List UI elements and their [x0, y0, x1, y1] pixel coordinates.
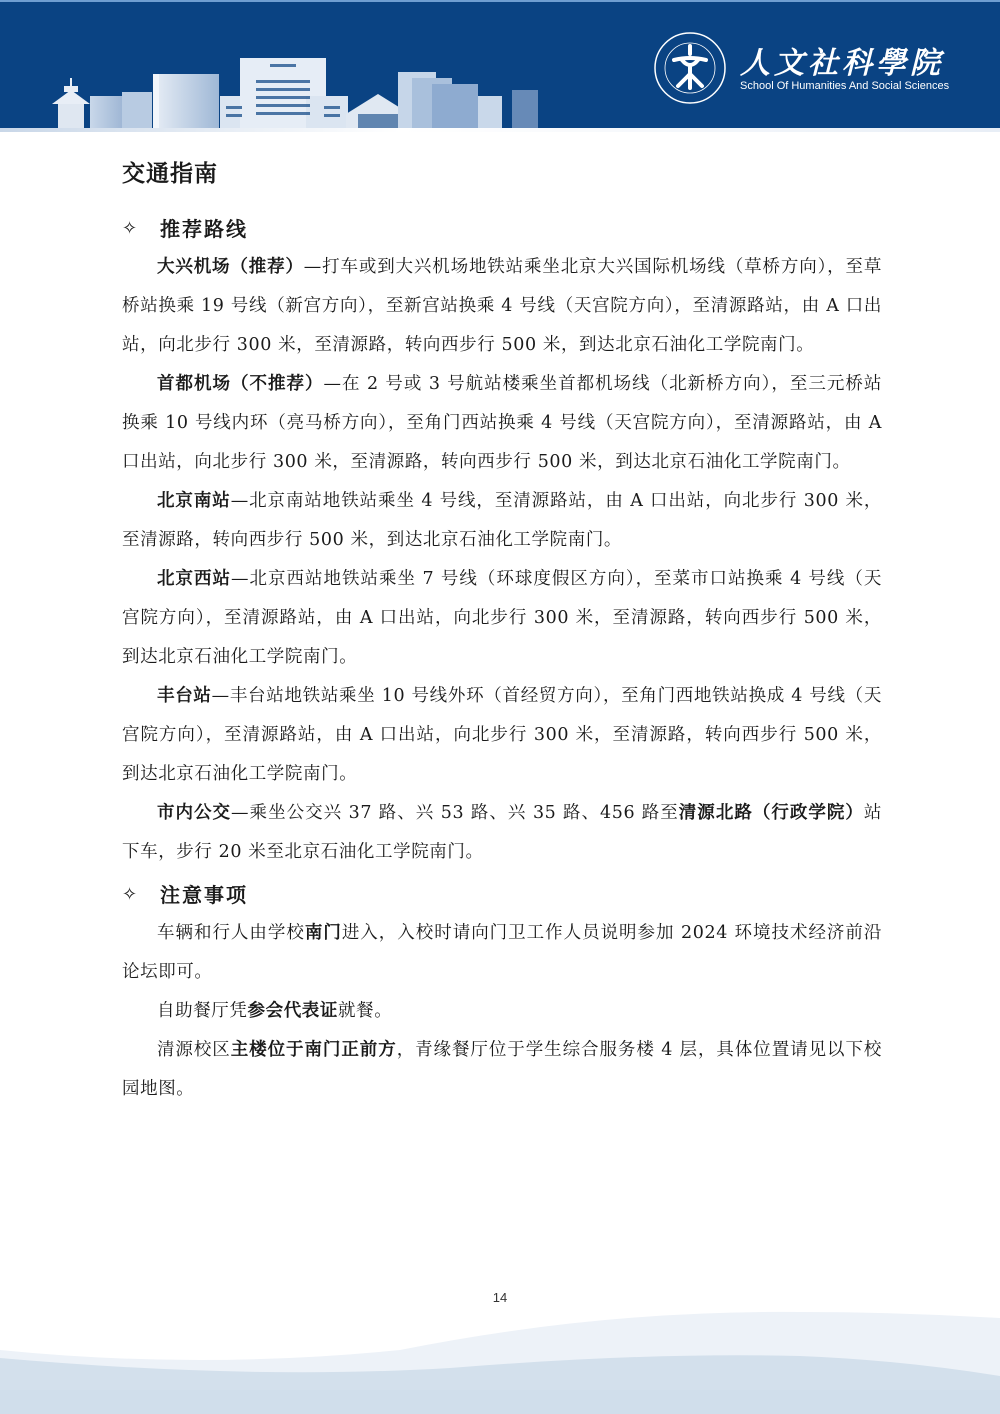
route-text: —乘坐公交兴 37 路、兴 53 路、兴 35 路、456 路至 [231, 803, 679, 823]
document-body: 交通指南 ✧ 推荐路线 大兴机场（推荐）—打车或到大兴机场地铁站乘坐北京大兴国际… [122, 152, 882, 1109]
footer-wave-decoration [0, 1240, 1000, 1414]
route-label: 丰台站 [157, 686, 212, 706]
route-item-capital: 首都机场（不推荐）—在 2 号或 3 号航站楼乘坐首都机场线（北新桥方向），至三… [122, 365, 882, 482]
note-text: 自助餐厅凭 [157, 1001, 248, 1021]
diamond-bullet-icon: ✧ [122, 876, 154, 914]
school-name-chinese: 人文社科學院 [740, 38, 944, 82]
route-item-beijing-south: 北京南站—北京南站地铁站乘坐 4 号线，至清源路站，由 A 口出站，向北步行 3… [122, 482, 882, 560]
section-title: 推荐路线 [160, 210, 248, 248]
route-item-daxing: 大兴机场（推荐）—打车或到大兴机场地铁站乘坐北京大兴国际机场线（草桥方向），至草… [122, 248, 882, 365]
banner-divider [0, 128, 1000, 132]
diamond-bullet-icon: ✧ [122, 210, 154, 248]
route-label: 市内公交 [157, 803, 231, 823]
bus-stop-name: 清源北路（行政学院） [679, 803, 864, 823]
header-banner: 人文社科學院 School Of Humanities And Social S… [0, 0, 1000, 130]
route-text: —丰台站地铁站乘坐 10 号线外环（首经贸方向），至角门西地铁站换成 4 号线（… [122, 686, 882, 784]
route-label: 北京南站 [157, 491, 231, 511]
page-title: 交通指南 [122, 152, 882, 196]
note-emphasis: 主楼位于南门正前方 [231, 1040, 397, 1060]
note-item-dining: 自助餐厅凭参会代表证就餐。 [122, 992, 882, 1031]
note-item-entry: 车辆和行人由学校南门进入，入校时请向门卫工作人员说明参加 2024 环境技术经济… [122, 914, 882, 992]
section-title: 注意事项 [160, 876, 248, 914]
route-item-fengtai: 丰台站—丰台站地铁站乘坐 10 号线外环（首经贸方向），至角门西地铁站换成 4 … [122, 677, 882, 794]
route-item-beijing-west: 北京西站—北京西站地铁站乘坐 7 号线（环球度假区方向），至菜市口站换乘 4 号… [122, 560, 882, 677]
page-number: 14 [0, 1290, 1000, 1305]
note-text: 清源校区 [157, 1040, 231, 1060]
campus-skyline-illustration [40, 50, 580, 130]
route-item-bus: 市内公交—乘坐公交兴 37 路、兴 53 路、兴 35 路、456 路至清源北路… [122, 794, 882, 872]
school-logo-emblem [652, 30, 728, 106]
route-text: —北京西站地铁站乘坐 7 号线（环球度假区方向），至菜市口站换乘 4 号线（天宫… [122, 569, 882, 667]
route-text: —北京南站地铁站乘坐 4 号线，至清源路站，由 A 口出站，向北步行 300 米… [122, 491, 882, 550]
note-emphasis: 参会代表证 [248, 1001, 339, 1021]
note-item-campus-location: 清源校区主楼位于南门正前方，青缘餐厅位于学生综合服务楼 4 层，具体位置请见以下… [122, 1031, 882, 1109]
note-emphasis: 南门 [305, 923, 342, 943]
route-label: 首都机场（不推荐） [157, 374, 323, 394]
school-name-english: School Of Humanities And Social Sciences [740, 80, 949, 92]
section-heading-notes: ✧ 注意事项 [122, 876, 882, 914]
section-heading-routes: ✧ 推荐路线 [122, 210, 882, 248]
note-text: 车辆和行人由学校 [157, 923, 305, 943]
note-text: 就餐。 [338, 1001, 392, 1021]
route-label: 北京西站 [157, 569, 231, 589]
route-label: 大兴机场（推荐） [157, 257, 304, 277]
